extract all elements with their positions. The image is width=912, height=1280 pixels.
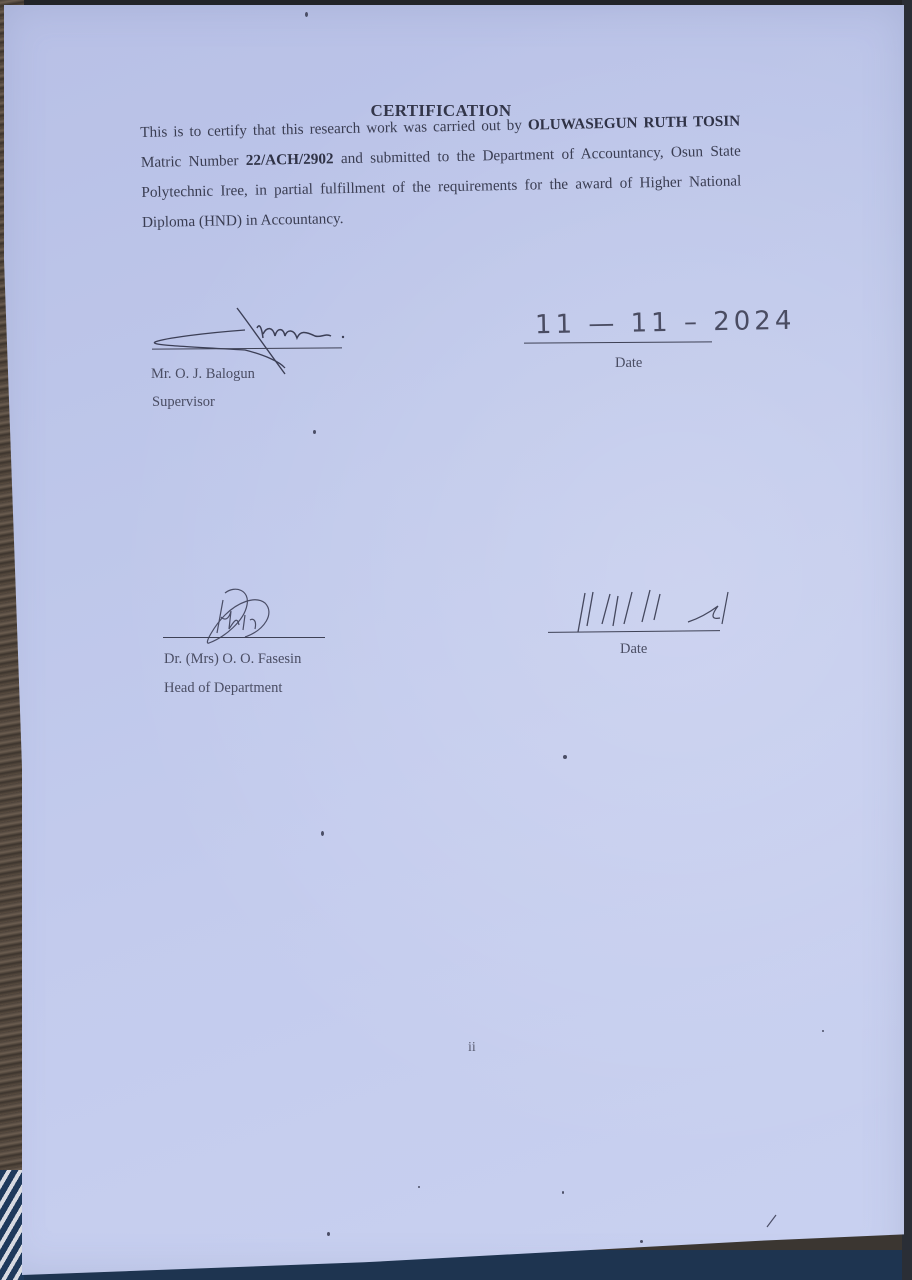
supervisor-date-label: Date [615, 355, 642, 372]
hod-date-label: Date [620, 641, 647, 658]
paper-speck [822, 1030, 824, 1032]
paper-speck [563, 755, 567, 759]
paper-speck [305, 12, 308, 17]
paper-pen-mark [764, 1213, 778, 1229]
paper-speck [327, 1232, 330, 1236]
hod-signature [195, 585, 285, 655]
hod-name: Dr. (Mrs) O. O. Fasesin [164, 651, 301, 668]
supervisor-handwritten-date: 11 — 11 – 2024 [535, 306, 796, 341]
paper-speck [321, 831, 324, 836]
paper-speck [313, 430, 316, 434]
hod-role: Head of Department [164, 680, 282, 697]
supervisor-name: Mr. O. J. Balogun [151, 366, 255, 383]
hod-signature-line [163, 637, 325, 638]
matric-label: Matric Number [141, 152, 246, 171]
matric-number: 22/ACH/2902 [246, 150, 334, 169]
paper-speck [640, 1240, 643, 1243]
supervisor-role: Supervisor [152, 394, 215, 411]
page-number: ii [468, 1040, 476, 1056]
background-surface-bottom-left [0, 1170, 24, 1280]
paper-speck [562, 1191, 564, 1194]
student-name: OLUWASEGUN RUTH TOSIN [528, 112, 741, 133]
certification-paragraph: This is to certify that this research wo… [140, 106, 742, 237]
paper-speck [418, 1186, 420, 1188]
paragraph-intro: This is to certify that this research wo… [140, 117, 528, 141]
